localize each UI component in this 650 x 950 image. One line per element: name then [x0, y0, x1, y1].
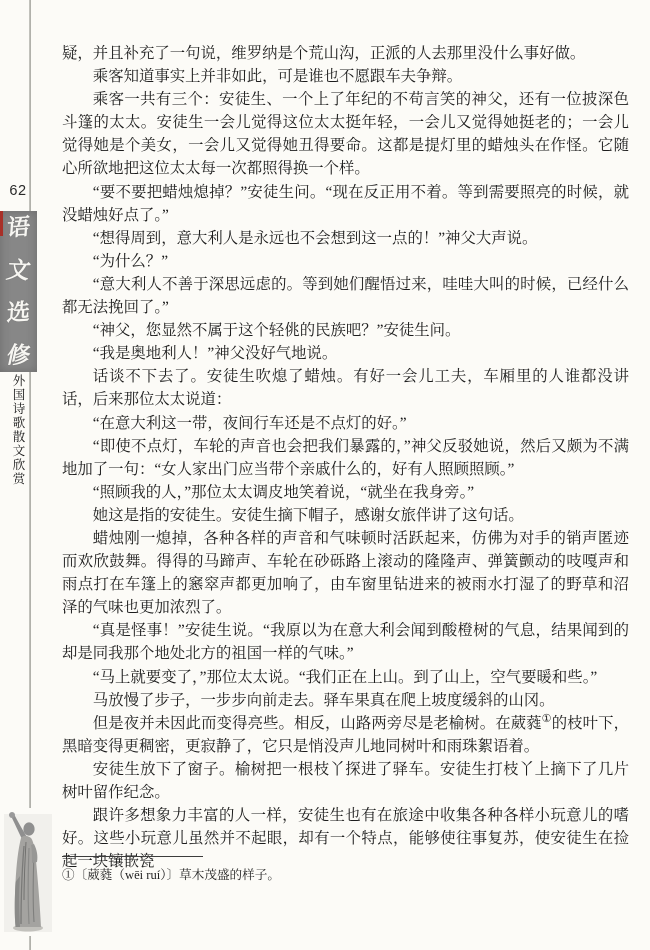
series-title-char: 文	[5, 258, 33, 282]
paragraph: “想得周到，意大利人是永远也不会想到这一点的！”神父大声说。	[62, 227, 629, 250]
series-title-box: 语 文 选 修	[0, 211, 37, 372]
paragraph: “要不要把蜡烛熄掉？”安徒生问。“现在反正用不着。等到需要照亮的时候，就没蜡烛好…	[62, 181, 629, 227]
paragraph: 但是夜并未因此而变得亮些。相反，山路两旁尽是老榆树。在葳蕤①的枝叶下，黑暗变得更…	[62, 712, 629, 758]
footnote-divider	[62, 856, 203, 857]
statue-image	[1, 808, 55, 936]
textbook-page: 62 语 文 选 修 外国诗歌散文欣赏 疑，并且补充了一句说，维罗纳是个荒山沟，…	[0, 0, 650, 950]
paragraph: 她这是指的安徒生。安徒生摘下帽子，感谢女旅伴讲了这句话。	[62, 504, 629, 527]
paragraph: 马放慢了步子，一步步向前走去。驿车果真在爬上坡度缓斜的山冈。	[62, 689, 629, 712]
page-number: 62	[7, 183, 29, 199]
paragraph: “真是怪事！”安徒生说。“我原以为在意大利会闻到酸橙树的气息，结果闻到的却是同我…	[62, 619, 629, 665]
paragraph: 话谈不下去了。安徒生吹熄了蜡烛。有好一会儿工夫，车厢里的人谁都没讲话，后来那位太…	[62, 365, 629, 411]
series-title-char: 语	[6, 215, 31, 240]
paragraph: 乘客知道事实上并非如此，可是谁也不愿跟车夫争辩。	[62, 65, 629, 88]
footnote-ref-marker: ①	[542, 713, 552, 725]
series-title-char: 修	[5, 344, 33, 368]
paragraph: “我是奥地利人！”神父没好气地说。	[62, 342, 629, 365]
paragraph: 跟许多想象力丰富的人一样，安徒生也有在旅途中收集各种各样小玩意儿的嗜好。这些小玩…	[62, 804, 629, 873]
red-accent-strip	[0, 211, 3, 236]
footnote: ①〔葳蕤（wēi ruí）〕草木茂盛的样子。	[62, 867, 602, 884]
paragraph: “马上就要变了，”那位太太说。“我们正在上山。到了山上，空气要暖和些。”	[62, 666, 629, 689]
subseries-vertical-title: 外国诗歌散文欣赏	[9, 374, 27, 486]
paragraph: “神父，您显然不属于这个轻佻的民族吧？”安徒生问。	[62, 319, 629, 342]
paragraph: 乘客一共有三个：安徒生、一个上了年纪的不苟言笑的神父，还有一位披深色斗篷的太太。…	[62, 88, 629, 180]
body-text: 疑，并且补充了一句说，维罗纳是个荒山沟，正派的人去那里没什么事好做。乘客知道事实…	[62, 42, 629, 873]
paragraph: “为什么？”	[62, 250, 629, 273]
paragraph: “在意大利这一带，夜间行车还是不点灯的好。”	[62, 412, 629, 435]
paragraph: 疑，并且补充了一句说，维罗纳是个荒山沟，正派的人去那里没什么事好做。	[62, 42, 629, 65]
series-title-char: 选	[6, 301, 31, 326]
paragraph: “照顾我的人，”那位太太调皮地笑着说，“就坐在我身旁。”	[62, 481, 629, 504]
paragraph: “意大利人不善于深思远虑的。等到她们醒悟过来，哇哇大叫的时候，已经什么都无法挽回…	[62, 273, 629, 319]
paragraph: 蜡烛刚一熄掉，各种各样的声音和气味顿时活跃起来，仿佛为对手的销声匿迹而欢欣鼓舞。…	[62, 527, 629, 619]
paragraph: “即使不点灯，车轮的声音也会把我们暴露的，”神父反驳她说，然后又颇为不满地加了一…	[62, 435, 629, 481]
paragraph: 安徒生放下了窗子。榆树把一根枝丫探进了驿车。安徒生打枝丫上摘下了几片树叶留作纪念…	[62, 758, 629, 804]
